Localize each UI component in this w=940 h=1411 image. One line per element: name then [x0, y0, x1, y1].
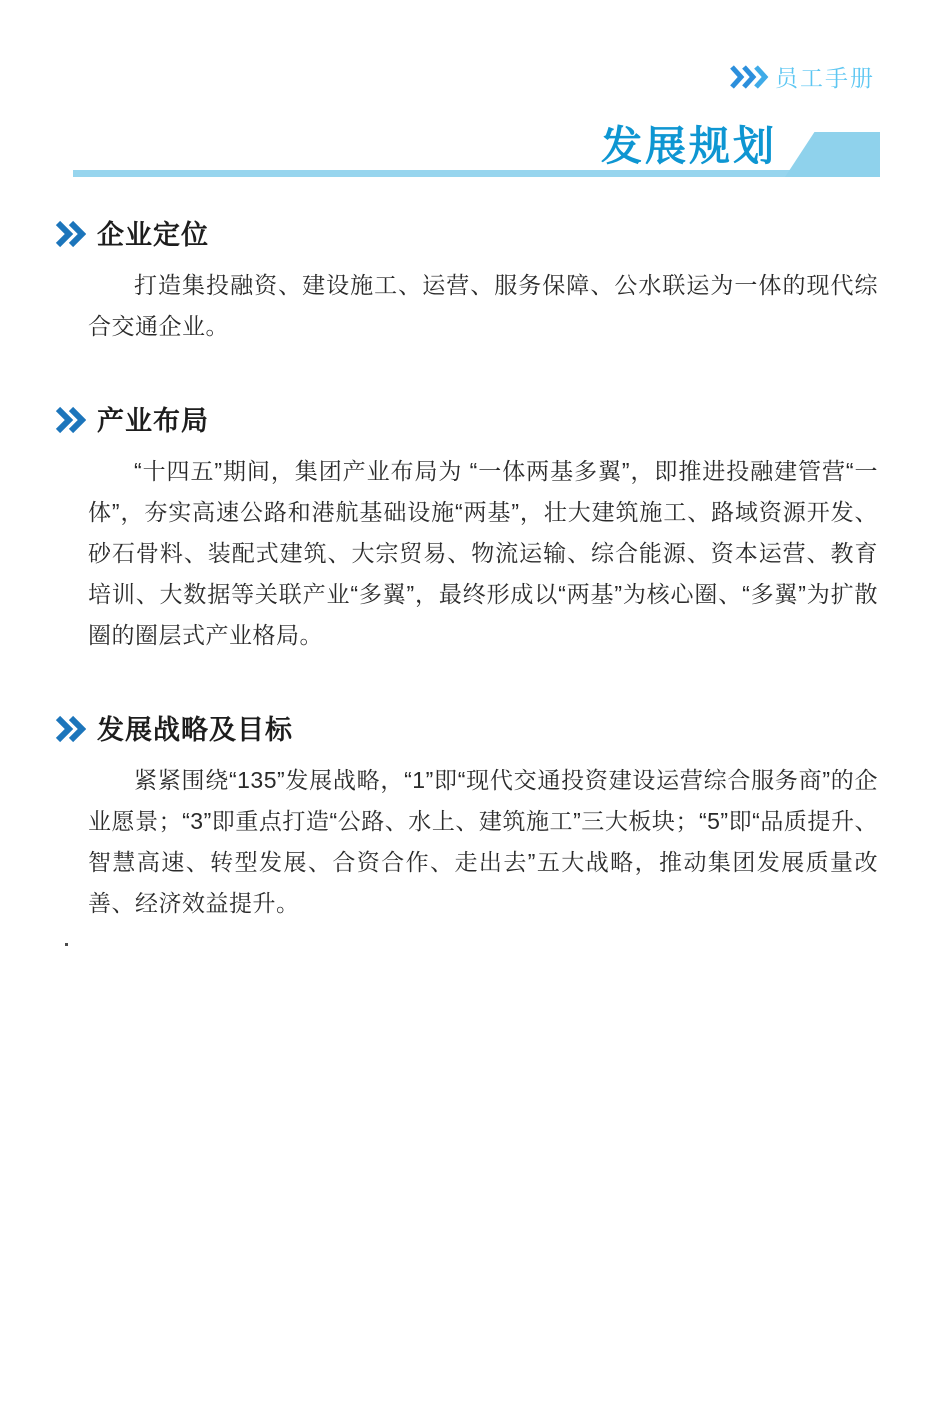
- section-corporate-positioning: 企业定位 打造集投融资、建设施工、运营、服务保障、公水联运为一体的现代综合交通企…: [55, 213, 878, 347]
- section-industrial-layout: 产业布局 “十四五”期间，集团产业布局为 “一体两基多翼”，即推进投融建管营“一…: [55, 399, 878, 656]
- section-heading-label: 产业布局: [97, 399, 209, 438]
- stray-mark: [65, 943, 68, 946]
- section-paragraph: 打造集投融资、建设施工、运营、服务保障、公水联运为一体的现代综合交通企业。: [88, 265, 878, 347]
- section-paragraph: “十四五”期间，集团产业布局为 “一体两基多翼”，即推进投融建管营“一体”，夯实…: [88, 451, 878, 656]
- double-chevron-right-icon: [55, 715, 86, 743]
- content: 企业定位 打造集投融资、建设施工、运营、服务保障、公水联运为一体的现代综合交通企…: [0, 213, 940, 976]
- title-parallelogram: [785, 132, 880, 177]
- page: 员工手册 发展规划 企业定位 打造集投融资、建设施工、运营、服务保障、公水联运为…: [0, 0, 940, 1411]
- double-chevron-right-icon: [55, 406, 86, 434]
- double-chevron-right-icon: [55, 220, 86, 248]
- section-heading: 发展战略及目标: [55, 708, 878, 747]
- section-paragraph: 紧紧围绕“135”发展战略，“1”即“现代交通投资建设运营综合服务商”的企业愿景…: [88, 760, 878, 924]
- section-heading-label: 企业定位: [97, 213, 209, 252]
- section-development-strategy: 发展战略及目标 紧紧围绕“135”发展战略，“1”即“现代交通投资建设运营综合服…: [55, 708, 878, 924]
- title-block: 发展规划: [0, 0, 940, 210]
- title-underline: [73, 170, 792, 177]
- section-heading: 企业定位: [55, 213, 878, 252]
- page-title: 发展规划: [601, 124, 777, 169]
- section-heading-label: 发展战略及目标: [97, 708, 293, 747]
- section-heading: 产业布局: [55, 399, 878, 438]
